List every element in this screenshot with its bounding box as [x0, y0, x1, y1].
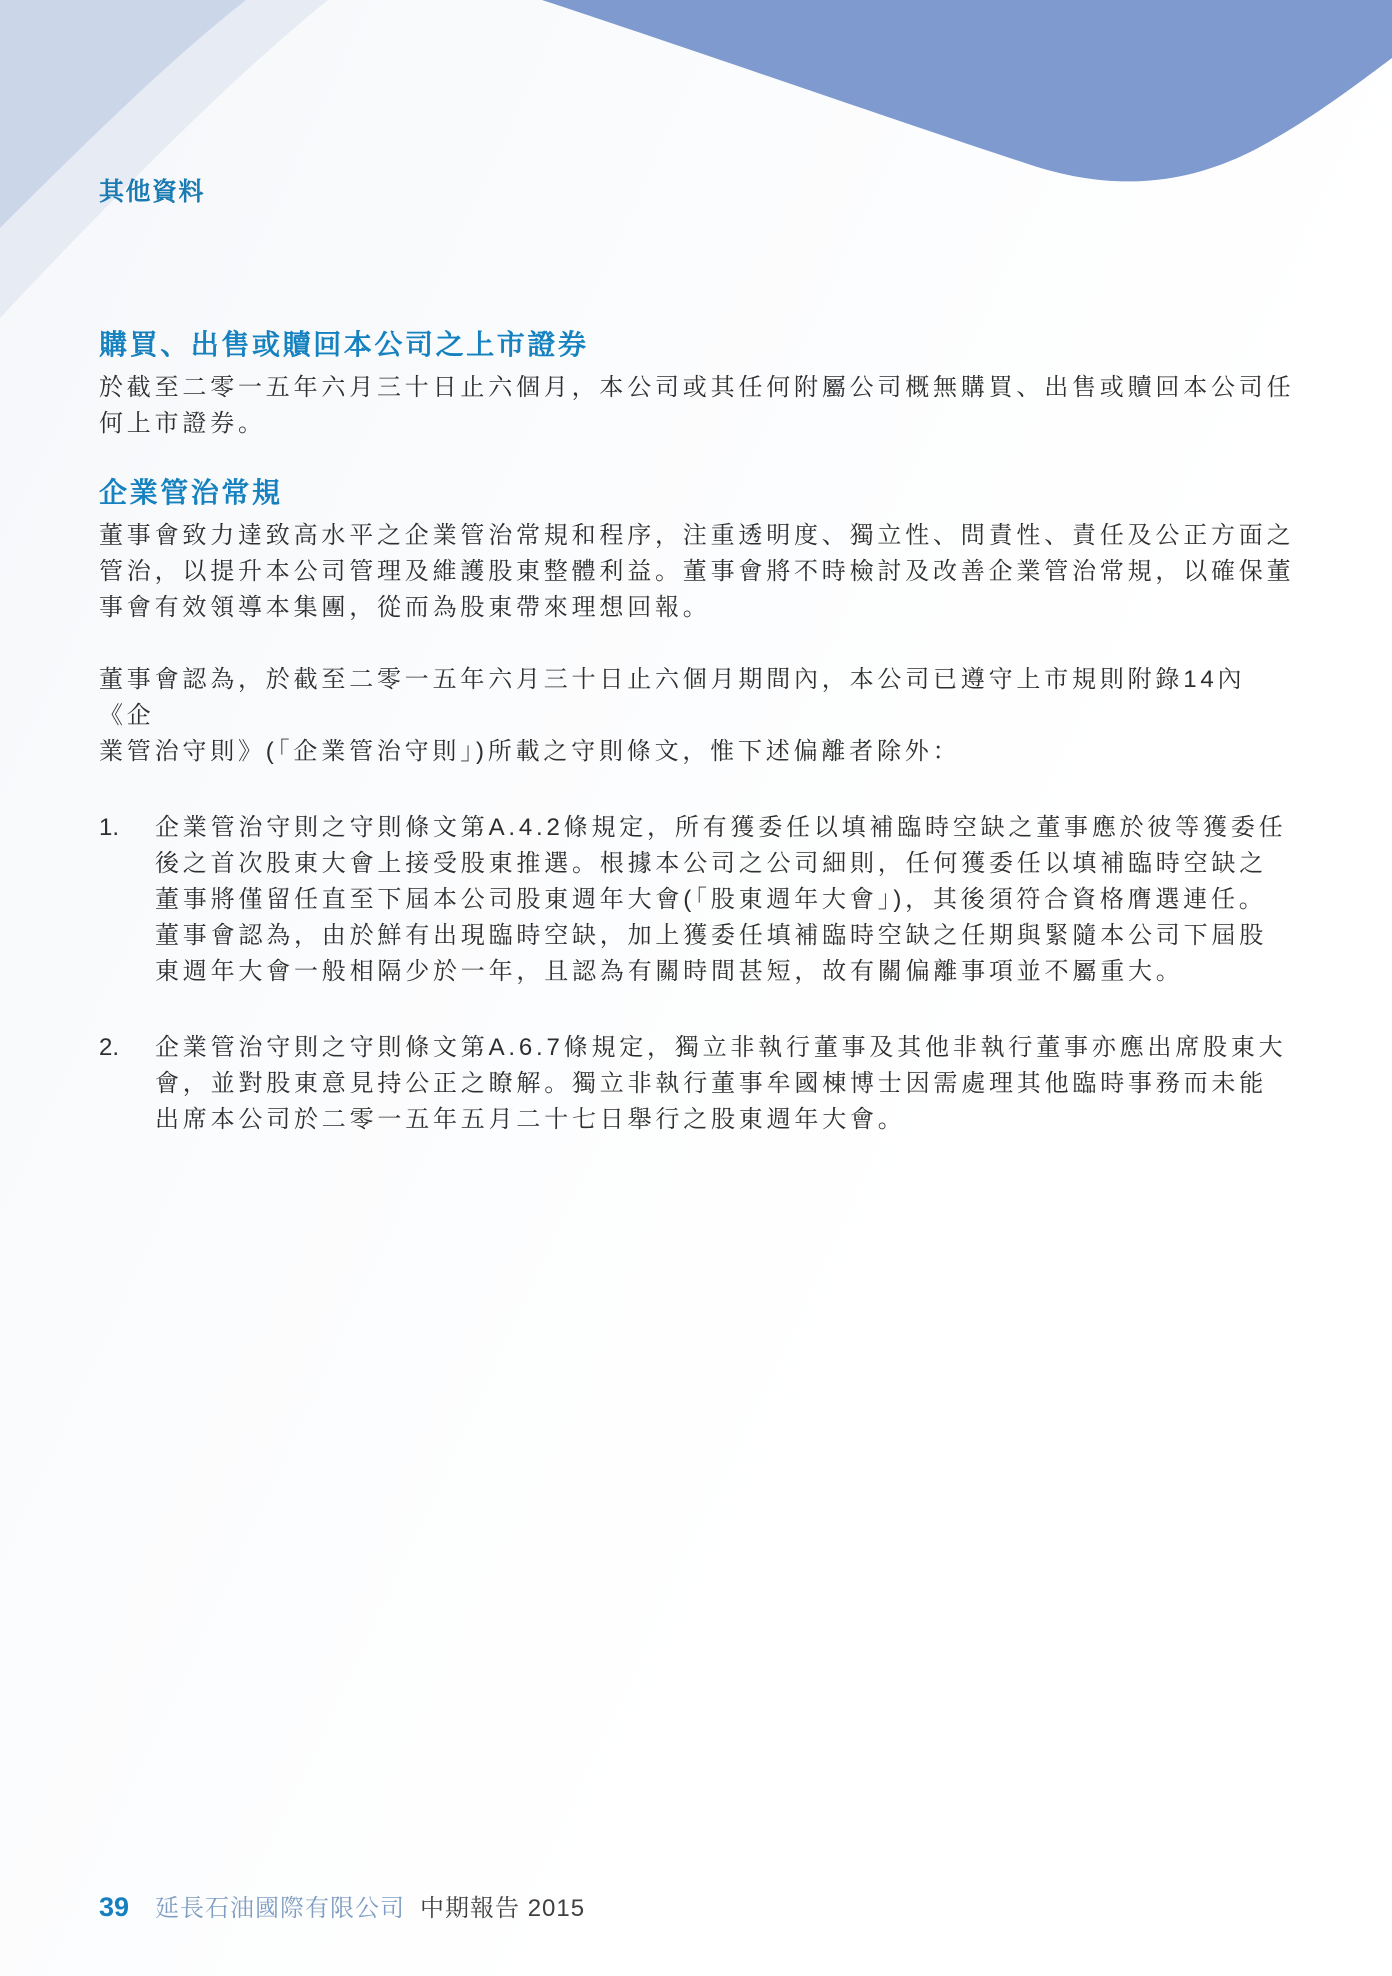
- paragraph-listed-securities: 於截至二零一五年六月三十日止六個月，本公司或其任何附屬公司概無購買、出售或贖回本…: [99, 370, 1295, 442]
- page-content: 購買、出售或贖回本公司之上市證券 於截至二零一五年六月三十日止六個月，本公司或其…: [99, 330, 1295, 1138]
- list-item-number: 2.: [99, 1030, 155, 1066]
- page-footer: 39 延長石油國際有限公司 中期報告 2015: [99, 1888, 585, 1923]
- paragraph-governance-commitment: 董事會致力達致高水平之企業管治常規和程序，注重透明度、獨立性、問責性、責任及公正…: [99, 518, 1295, 626]
- report-page: 其他資料 購買、出售或贖回本公司之上市證券 於截至二零一五年六月三十日止六個月，…: [0, 0, 1392, 1976]
- list-item-deviation-2: 2. 企業管治守則之守則條文第A.6.7條規定，獨立非執行董事及其他非執行董事亦…: [99, 1030, 1295, 1138]
- section-heading-corporate-governance: 企業管治常規: [99, 478, 1295, 508]
- list-item-text: 企業管治守則之守則條文第A.4.2條規定，所有獲委任以填補臨時空缺之董事應於彼等…: [155, 810, 1295, 990]
- section-heading-listed-securities: 購買、出售或贖回本公司之上市證券: [99, 330, 1295, 360]
- page-number: 39: [99, 1892, 129, 1923]
- footer-company-name: 延長石油國際有限公司: [155, 1888, 405, 1923]
- list-item-deviation-1: 1. 企業管治守則之守則條文第A.4.2條規定，所有獲委任以填補臨時空缺之董事應…: [99, 810, 1295, 990]
- paragraph-governance-compliance: 董事會認為，於截至二零一五年六月三十日止六個月期間內，本公司已遵守上市規則附錄1…: [99, 662, 1295, 770]
- list-item-text: 企業管治守則之守則條文第A.6.7條規定，獨立非執行董事及其他非執行董事亦應出席…: [155, 1030, 1295, 1138]
- footer-report-title: 中期報告 2015: [420, 1888, 585, 1923]
- list-item-number: 1.: [99, 810, 155, 846]
- page-header-title: 其他資料: [99, 172, 205, 208]
- wave-dark-shape: [542, 0, 1392, 181]
- decorative-header-wave: [0, 0, 1392, 340]
